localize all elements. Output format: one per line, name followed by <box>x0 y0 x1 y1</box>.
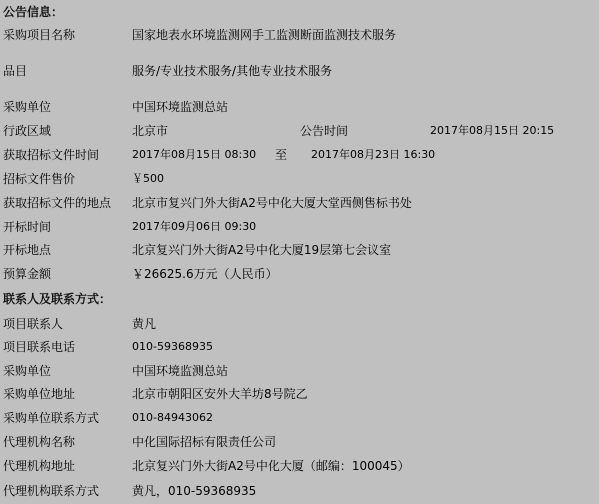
purchaser-value-2: 中国环境监测总站 <box>132 361 228 381</box>
contacts-title: 联系人及联系方式： <box>3 290 111 307</box>
agency-name-value: 中化国际招标有限责任公司 <box>132 432 276 452</box>
announcement-title: 公告信息： <box>3 3 63 20</box>
publish-time-label: 公告时间 <box>300 121 348 141</box>
doc-time-end: 2017年08月23日 16:30 <box>311 145 435 165</box>
doc-price-value: ￥500 <box>132 169 164 189</box>
doc-location-value: 北京市复兴门外大街A2号中化大厦大堂西侧售标书处 <box>132 193 412 213</box>
project-phone-label: 项目联系电话 <box>3 337 75 357</box>
publish-time-value: 2017年08月15日 20:15 <box>430 121 554 141</box>
purchaser-contact-label: 采购单位联系方式 <box>3 408 99 428</box>
agency-address-label: 代理机构地址 <box>3 456 75 476</box>
purchaser-address-value: 北京市朝阳区安外大羊坊8号院乙 <box>132 384 308 404</box>
purchaser-contact-value: 010-84943062 <box>132 408 213 428</box>
row-doc-time: 获取招标文件时间 2017年08月15日 08:30 至 2017年08月23日… <box>3 145 599 165</box>
open-time-label: 开标时间 <box>3 217 51 237</box>
project-contact-label: 项目联系人 <box>3 314 63 334</box>
doc-time-start: 2017年08月15日 08:30 <box>132 145 256 165</box>
project-name-value: 国家地表水环境监测网手工监测断面监测技术服务 <box>132 25 396 45</box>
category-label: 品目 <box>3 61 27 81</box>
budget-label: 预算金额 <box>3 264 51 284</box>
row-region: 行政区域 北京市 公告时间 2017年08月15日 20:15 <box>3 121 599 141</box>
doc-time-to: 至 <box>275 145 287 165</box>
region-label: 行政区域 <box>3 121 51 141</box>
open-time-value: 2017年09月06日 09:30 <box>132 217 256 237</box>
agency-address-value: 北京复兴门外大街A2号中化大厦（邮编：100045） <box>132 456 410 476</box>
doc-time-label: 获取招标文件时间 <box>3 145 99 165</box>
project-contact-value: 黄凡 <box>132 314 156 334</box>
purchaser-label: 采购单位 <box>3 97 51 117</box>
agency-contact-value: 黄凡，010-59368935 <box>132 481 256 501</box>
project-name-label: 采购项目名称 <box>3 25 75 45</box>
purchaser-address-label: 采购单位地址 <box>3 384 75 404</box>
category-value: 服务/专业技术服务/其他专业技术服务 <box>132 61 332 81</box>
project-phone-value: 010-59368935 <box>132 337 213 357</box>
agency-name-label: 代理机构名称 <box>3 432 75 452</box>
purchaser-value: 中国环境监测总站 <box>132 97 228 117</box>
open-location-label: 开标地点 <box>3 240 51 260</box>
doc-price-label: 招标文件售价 <box>3 169 75 189</box>
open-location-value: 北京复兴门外大街A2号中化大厦19层第七会议室 <box>132 240 391 260</box>
budget-value: ￥26625.6万元（人民币） <box>132 264 278 284</box>
doc-location-label: 获取招标文件的地点 <box>3 193 111 213</box>
purchaser-label-2: 采购单位 <box>3 361 51 381</box>
agency-contact-label: 代理机构联系方式 <box>3 481 99 501</box>
region-value: 北京市 <box>132 121 168 141</box>
